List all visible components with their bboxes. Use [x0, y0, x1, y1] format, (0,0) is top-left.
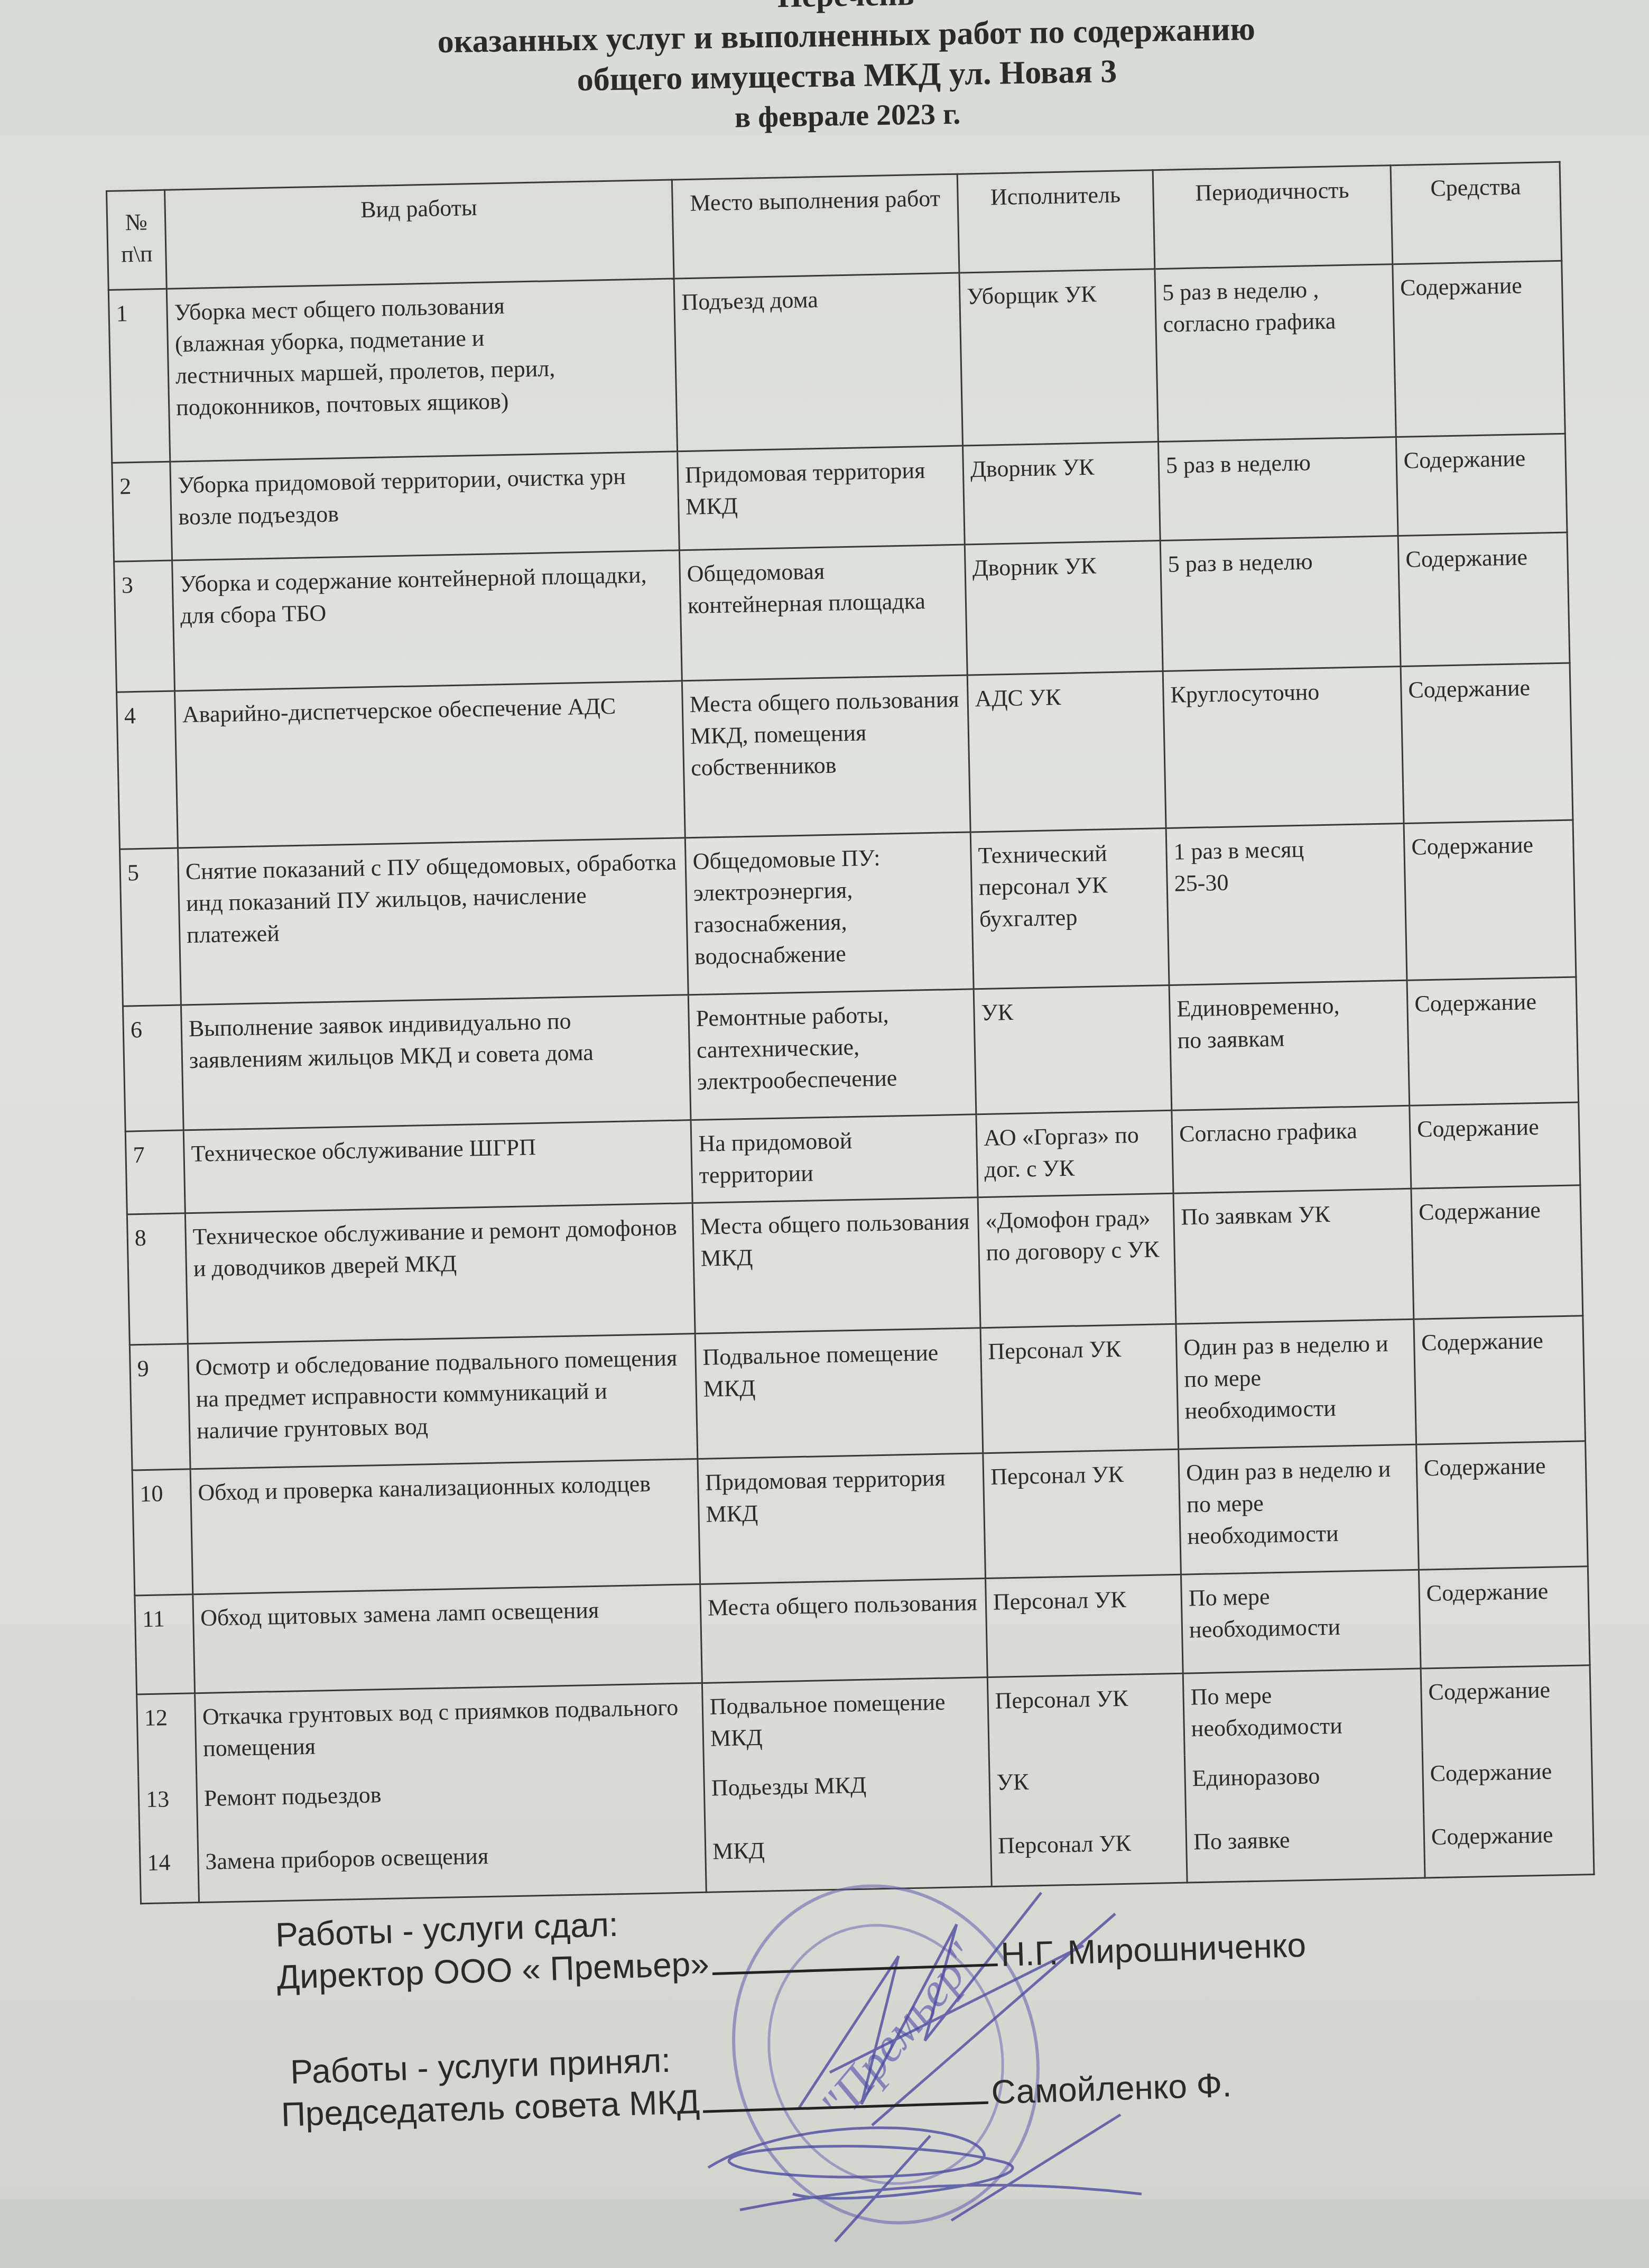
cell-periodicity: Один раз в неделю и по мере необходимост…	[1179, 1444, 1419, 1574]
cell-row-number: 5	[120, 848, 181, 1006]
cell-periodicity: Единовременно, по заявкам	[1169, 980, 1410, 1110]
col-header-place: Место выполнения работ	[672, 174, 959, 279]
cell-work-type: Аварийно-диспетчерское обеспечение АДС	[175, 681, 685, 848]
cell-periodicity: По мере необходимости	[1183, 1668, 1422, 1756]
cell-row-number: 1	[108, 289, 170, 463]
table-row: 5Снятие показаний с ПУ общедомовых, обра…	[120, 820, 1576, 1006]
cell-work-place: Общедомовая контейнерная площадка	[679, 545, 967, 681]
cell-row-number: 3	[114, 560, 175, 692]
table-body: 1Уборка мест общего пользования (влажная…	[108, 261, 1594, 1903]
cell-row-number: 6	[123, 1005, 183, 1131]
cell-funds: Содержание	[1398, 532, 1570, 666]
cell-work-type: Откачка грунтовых вод с приямков подваль…	[195, 1683, 704, 1775]
cell-work-type: Ремонт подьездов	[197, 1765, 705, 1839]
table-row: 4Аварийно-диспетчерское обеспечение АДСМ…	[117, 663, 1573, 849]
cell-periodicity: Единоразово	[1184, 1751, 1423, 1819]
cell-work-place: На придомовой территории	[691, 1114, 978, 1203]
cell-periodicity: 5 раз в неделю	[1160, 536, 1401, 671]
cell-executor: УК	[974, 985, 1172, 1114]
cell-executor: Персонал УК	[990, 1819, 1187, 1886]
cell-row-number: 7	[125, 1130, 185, 1214]
signature-section: Работы - услуги сдал: Директор ООО « Пре…	[275, 1874, 1551, 2189]
cell-periodicity: По заявке	[1186, 1814, 1425, 1883]
cell-row-number: 11	[135, 1594, 195, 1694]
cell-funds: Содержание	[1410, 1102, 1580, 1188]
cell-work-type: Обход и проверка канализационных колодце…	[190, 1459, 700, 1594]
cell-executor: Персонал УК	[980, 1324, 1179, 1453]
cell-executor: Персонал УК	[986, 1574, 1183, 1677]
cell-row-number: 14	[140, 1839, 199, 1903]
cell-work-place: Места общего пользования МКД	[692, 1197, 980, 1334]
col-header-number: № п\п	[107, 190, 167, 290]
cell-work-place: Места общего пользования	[700, 1579, 988, 1683]
cell-funds: Содержание	[1396, 434, 1567, 536]
cell-row-number: 10	[132, 1469, 193, 1596]
cell-work-type: Уборка и содержание контейнерной площадк…	[172, 550, 682, 691]
cell-work-place: Ремонтные работы, сантехнические, электр…	[688, 989, 976, 1120]
services-table-wrap: № п\п Вид работы Место выполнения работ …	[106, 161, 1620, 1904]
cell-row-number: 4	[117, 691, 178, 849]
cell-funds: Содержание	[1419, 1566, 1590, 1668]
cell-funds: Содержание	[1407, 977, 1579, 1105]
col-header-executor: Исполнитель	[957, 170, 1155, 273]
cell-executor: АО «Горгаз» по дог. с УК	[976, 1110, 1173, 1197]
cell-periodicity: 5 раз в неделю , согласно графика	[1155, 264, 1396, 442]
cell-funds: Содержание	[1414, 1316, 1586, 1444]
cell-periodicity: По мере необходимости	[1181, 1570, 1421, 1673]
cell-work-place: Придомовая территория МКД	[678, 446, 965, 550]
cell-funds: Содержание	[1416, 1441, 1588, 1570]
cell-work-type: Уборка мест общего пользования (влажная …	[166, 279, 677, 462]
cell-work-type: Снятие показаний с ПУ общедомовых, обраб…	[178, 838, 688, 1005]
cell-work-place: Подъезд дома	[674, 273, 962, 451]
cell-row-number: 9	[129, 1344, 190, 1470]
handed-over-name: Н.Г. Мирошниченко	[1000, 1926, 1307, 1974]
cell-executor: Дворник УК	[963, 442, 1161, 545]
cell-work-type: Осмотр и обследование подвального помеще…	[188, 1334, 698, 1469]
services-table: № п\п Вид работы Место выполнения работ …	[106, 161, 1595, 1904]
cell-periodicity: 1 раз в месяц 25-30	[1166, 823, 1407, 985]
cell-row-number: 8	[127, 1213, 188, 1345]
col-header-funds: Средства	[1391, 162, 1562, 264]
cell-executor: «Домофон град» по договору с УК	[978, 1193, 1176, 1327]
cell-work-type: Техническое обслуживание и ремонт домофо…	[185, 1203, 695, 1344]
cell-work-place: Общедомовые ПУ: электроэнергия, газоснаб…	[685, 832, 974, 995]
cell-work-place: Подьезды МКД	[704, 1759, 990, 1829]
cell-funds: Содержание	[1393, 261, 1565, 437]
cell-periodicity: По заявкам УК	[1173, 1188, 1414, 1324]
table-row: 1Уборка мест общего пользования (влажная…	[108, 261, 1565, 463]
cell-work-type: Выполнение заявок индивидуально по заявл…	[181, 995, 691, 1130]
cell-funds: Содержание	[1422, 1747, 1592, 1814]
cell-periodicity: 5 раз в неделю	[1158, 437, 1398, 541]
document-page: Перечень оказанных услуг и выполненных р…	[0, 0, 1649, 2199]
accepted-block: Работы - услуги принял: Председатель сов…	[279, 2011, 1550, 2135]
cell-work-place: Придомовая территория МКД	[698, 1453, 986, 1584]
cell-row-number: 13	[138, 1775, 198, 1840]
cell-work-place: Подвальное помещение МКД	[695, 1328, 983, 1459]
cell-funds: Содержание	[1404, 820, 1576, 980]
cell-work-place: Подвальное помещение МКД	[702, 1677, 989, 1765]
cell-executor: Уборщик УК	[959, 269, 1158, 446]
cell-funds: Содержание	[1401, 663, 1573, 823]
cell-row-number: 2	[112, 462, 172, 561]
cell-executor: Персонал УК	[987, 1673, 1184, 1759]
accepted-name: Самойленко Ф.	[990, 2066, 1232, 2111]
cell-work-type: Техническое обслуживание ШГРП	[183, 1120, 692, 1213]
cell-executor: Технический персонал УК бухгалтер	[970, 828, 1169, 989]
cell-work-place: МКД	[705, 1823, 992, 1892]
cell-executor: Дворник УК	[965, 541, 1163, 675]
cell-periodicity: Один раз в неделю и по мере необходимост…	[1176, 1319, 1416, 1449]
cell-executor: УК	[989, 1756, 1185, 1823]
cell-executor: АДС УК	[967, 671, 1166, 832]
cell-periodicity: Согласно графика	[1172, 1105, 1411, 1193]
col-header-periodicity: Периодичность	[1153, 165, 1393, 269]
cell-funds: Содержание	[1424, 1811, 1594, 1877]
cell-work-type: Обход щитовых замена ламп освещения	[193, 1584, 702, 1693]
cell-work-type: Замена приборов освещения	[198, 1829, 706, 1902]
cell-executor: Персонал УК	[983, 1449, 1181, 1578]
cell-funds: Содержание	[1421, 1665, 1591, 1751]
cell-work-type: Уборка придомовой территории, очистка ур…	[170, 451, 680, 560]
signature-line	[703, 2101, 988, 2113]
signature-line	[712, 1963, 998, 1975]
cell-funds: Содержание	[1411, 1185, 1583, 1319]
document-title: Перечень оказанных услуг и выполненных р…	[211, 0, 1482, 146]
cell-work-place: Места общего пользования МКД, помещения …	[682, 675, 970, 838]
col-header-work-type: Вид работы	[165, 180, 674, 289]
cell-periodicity: Круглосуточно	[1163, 667, 1404, 828]
cell-row-number: 12	[137, 1693, 197, 1777]
